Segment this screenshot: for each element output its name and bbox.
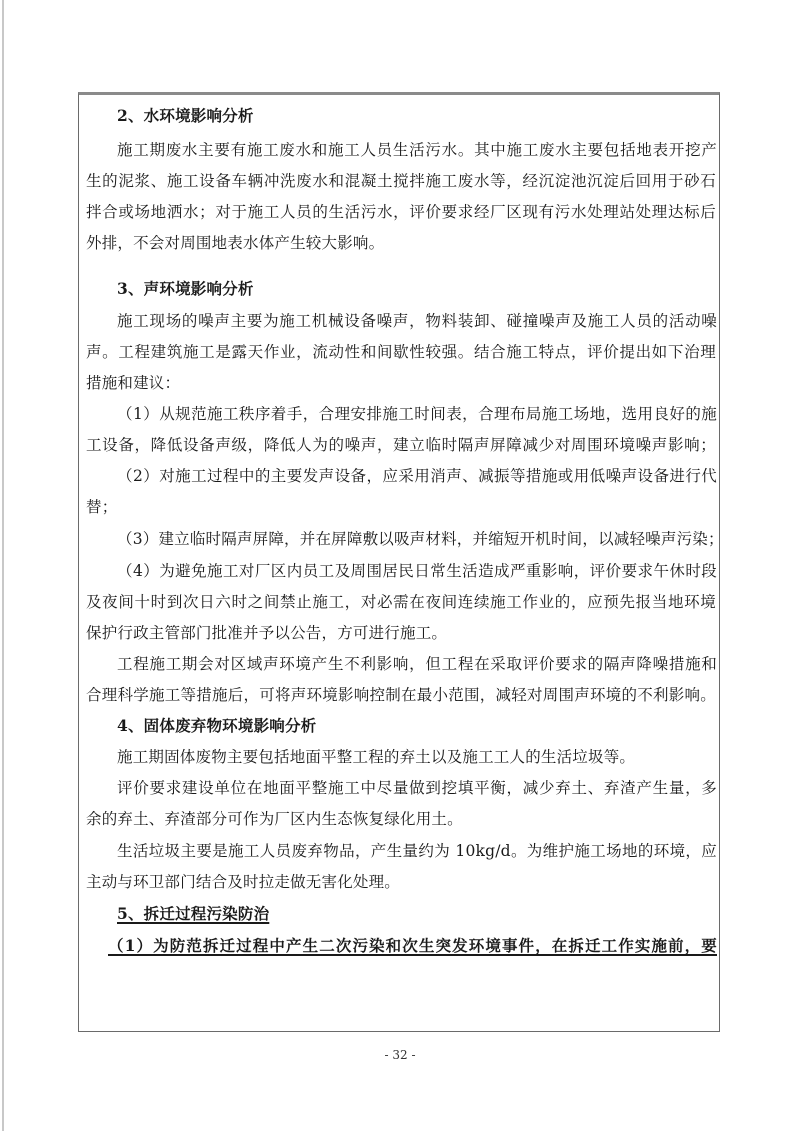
- paragraph-line: 评价要求建设单位在地面平整施工中尽量做到挖填平衡，减少弃土、弃渣产生量，多: [117, 778, 717, 798]
- paragraph-line: 生的泥浆、施工设备车辆冲洗废水和混凝土搅拌施工废水等，经沉淀池沉淀后回用于砂石: [86, 171, 716, 191]
- section-heading-solid-waste: 4、固体废弃物环境影响分析: [117, 716, 717, 736]
- paragraph-line: 施工期废水主要有施工废水和施工人员生活污水。其中施工废水主要包括地表开挖产: [117, 140, 717, 160]
- paragraph-line: 声。工程建筑施工是露天作业，流动性和间歇性较强。结合施工特点，评价提出如下治理: [86, 342, 716, 362]
- paragraph-line: 主动与环卫部门结合及时拉走做无害化处理。: [86, 872, 716, 892]
- paragraph-line: 合理科学施工等措施后，可将声环境影响控制在最小范围，减轻对周围声环境的不利影响。: [86, 685, 716, 705]
- paragraph-line: 施工现场的噪声主要为施工机械设备噪声，物料装卸、碰撞噪声及施工人员的活动噪: [117, 311, 717, 331]
- paragraph-line: 外排，不会对周围地表水体产生较大影响。: [86, 233, 716, 253]
- list-item-line: 及夜间十时到次日六时之间禁止施工，对必需在夜间连续施工作业的，应预先报当地环境: [86, 592, 716, 612]
- paragraph-line: （1）为防范拆迁过程中产生二次污染和次生突发环境事件，在拆迁工作实施前，要: [108, 936, 717, 956]
- list-item-line: 保护行政主管部门批准并予以公告，方可进行施工。: [86, 623, 716, 643]
- paragraph-line: 工程施工期会对区域声环境产生不利影响，但工程在采取评价要求的隔声降噪措施和: [117, 654, 717, 674]
- paragraph-line: 生活垃圾主要是施工人员废弃物品，产生量约为 10kg/d。为维护施工场地的环境，…: [117, 841, 717, 861]
- paragraph-line: 余的弃土、弃渣部分可作为厂区内生态恢复绿化用土。: [86, 809, 716, 829]
- page-edge: [2, 0, 4, 1131]
- list-item-line: （1）从规范施工秩序着手，合理安排施工时间表，合理布局施工场地，选用良好的施: [117, 404, 717, 424]
- section-heading-noise: 3、声环境影响分析: [117, 279, 717, 299]
- section-heading-water: 2、水环境影响分析: [117, 106, 717, 126]
- paragraph-line: 拌合或场地洒水；对于施工人员的生活污水，评价要求经厂区现有污水处理站处理达标后: [86, 202, 716, 222]
- list-item-line: （4）为避免施工对厂区内员工及周围居民日常生活造成严重影响，评价要求午休时段: [117, 561, 717, 581]
- page-number: - 32 -: [0, 1048, 800, 1062]
- paragraph-line: 施工期固体废物主要包括地面平整工程的弃土以及施工工人的生活垃圾等。: [117, 747, 717, 767]
- paragraph-line: 措施和建议：: [86, 373, 716, 393]
- section-heading-demolition: 5、拆迁过程污染防治: [117, 904, 269, 924]
- list-item-line: 替；: [86, 497, 716, 517]
- list-item-line: 工设备，降低设备声级，降低人为的噪声，建立临时隔声屏障减少对周围环境噪声影响；: [86, 435, 716, 455]
- list-item-line: （2）对施工过程中的主要发声设备，应采用消声、减振等措施或用低噪声设备进行代: [117, 466, 717, 486]
- list-item-line: （3）建立临时隔声屏障，并在屏障敷以吸声材料，并缩短开机时间，以减轻噪声污染；: [117, 529, 717, 549]
